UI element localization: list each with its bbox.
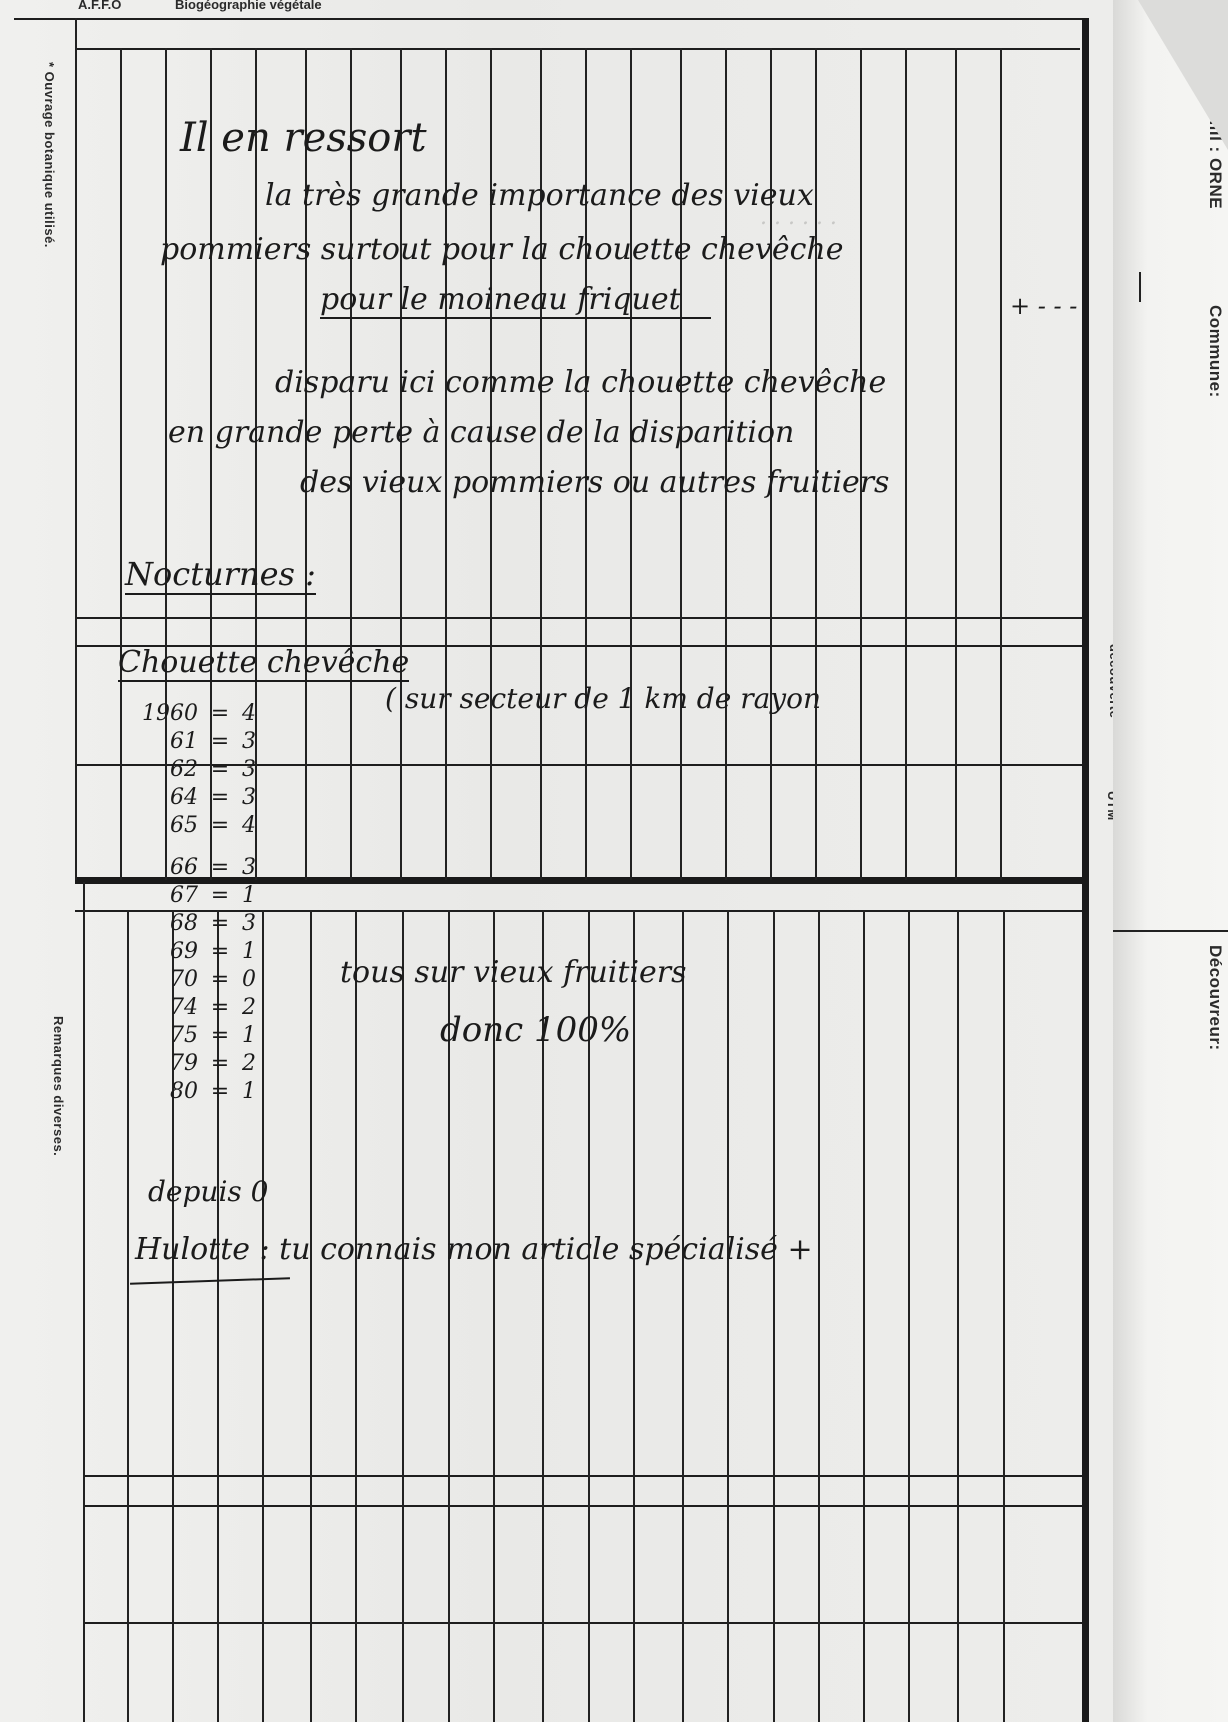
tally-year: 62 (140, 756, 198, 784)
grid-column-line (540, 48, 542, 880)
tally-note-2: donc 100% (440, 1010, 631, 1050)
tally-row: 62=3 (140, 756, 282, 784)
hulotte-underline (130, 1277, 290, 1285)
tally-row: 61=3 (140, 728, 282, 756)
grid-column-line (127, 910, 129, 1722)
grid-column-line (445, 48, 447, 880)
grid-column-line (955, 48, 957, 880)
tally-count: 4 (242, 700, 282, 728)
tally-year: 69 (140, 938, 198, 966)
tally-count: 1 (242, 1078, 282, 1106)
grid-column-line (120, 48, 122, 880)
note-line-1: Il en ressort (180, 115, 427, 161)
grid-column-line (770, 48, 772, 880)
grid-column-line (83, 882, 85, 1722)
note-line-4-mark: + - - - (1010, 292, 1077, 320)
grid-column-line (350, 48, 352, 880)
grid-column-line (957, 910, 959, 1722)
hulotte-note: Hulotte : tu connais mon article spécial… (135, 1232, 813, 1267)
tally-count: 2 (242, 994, 282, 1022)
curled-adjacent-page: ...ill : ORNE Commune: Découvreur: (1113, 0, 1228, 1722)
note-line-4: pour le moineau friquet (320, 282, 711, 319)
grid-line-lower-3 (83, 1622, 1088, 1624)
tally-row: 68=3 (140, 910, 282, 938)
tally-row: 74=2 (140, 994, 282, 1022)
grid-column-line (355, 910, 357, 1722)
tally-count: 0 (242, 966, 282, 994)
grid-column-line (633, 910, 635, 1722)
tally-equals: = (198, 812, 242, 840)
tally-row: 64=3 (140, 784, 282, 812)
grid-column-line (630, 48, 632, 880)
grid-column-line (310, 910, 312, 1722)
tally-year: 79 (140, 1050, 198, 1078)
tally-year: 74 (140, 994, 198, 1022)
tally-count: 3 (242, 728, 282, 756)
grid-column-line (905, 48, 907, 880)
field-separator-2 (1113, 930, 1228, 932)
grid-column-line (490, 48, 492, 880)
tally-year: 1960 (140, 700, 198, 728)
tally-count: 3 (242, 784, 282, 812)
grid-column-line (75, 18, 77, 880)
grid-column-line (305, 48, 307, 880)
tally-row: 1960=4 (140, 700, 282, 728)
grid-top-border (14, 18, 1082, 20)
tally-equals: = (198, 882, 242, 910)
grid-column-line (1000, 48, 1002, 880)
tally-row: 70=0 (140, 966, 282, 994)
tally-equals: = (198, 994, 242, 1022)
tally-count: 3 (242, 910, 282, 938)
tally-note-1: tous sur vieux fruitiers (340, 955, 687, 990)
tally-equals: = (198, 756, 242, 784)
org-label: A.F.F.O (78, 0, 121, 12)
tally-count: 3 (242, 854, 282, 882)
tally-row: 75=1 (140, 1022, 282, 1050)
tally-count: 1 (242, 882, 282, 910)
tally-count: 4 (242, 812, 282, 840)
tally-year: 68 (140, 910, 198, 938)
grid-column-line (682, 910, 684, 1722)
grid-line-upper-1 (75, 617, 1082, 619)
grid-column-line (773, 910, 775, 1722)
note-line-5: disparu ici comme la chouette chevêche (275, 365, 886, 400)
grid-column-line (815, 48, 817, 880)
tally-year: 65 (140, 812, 198, 840)
tally-count: 2 (242, 1050, 282, 1078)
tally-row: 80=1 (140, 1078, 282, 1106)
note-line-7: des vieux pommiers ou autres fruitiers (300, 465, 889, 500)
decouvreur-field: Découvreur: (1205, 945, 1225, 1051)
grid-column-line (1003, 910, 1005, 1722)
tally-equals: = (198, 728, 242, 756)
tally-row: 66=3 (140, 854, 282, 882)
grid-column-line (680, 48, 682, 880)
depuis-note: depuis 0 (148, 1175, 269, 1208)
species-chouette-cheveche: Chouette chevêche (118, 645, 409, 682)
grid-column-line (860, 48, 862, 880)
grid-column-line (725, 48, 727, 880)
heading-nocturnes: Nocturnes : (125, 555, 316, 595)
page-curl-corner (1138, 0, 1228, 150)
note-line-2: la très grande importance des vieux (265, 178, 814, 213)
tally-year: 75 (140, 1022, 198, 1050)
tally-count: 3 (242, 756, 282, 784)
grid-column-line (585, 48, 587, 880)
grid-column-line (727, 910, 729, 1722)
tally-count: 1 (242, 938, 282, 966)
form-title: Biogéographie végétale (175, 0, 322, 12)
note-line-6: en grande perte à cause de la disparitio… (168, 415, 794, 450)
tally-year: 70 (140, 966, 198, 994)
tally-equals: = (198, 966, 242, 994)
tally-row: 65=4 (140, 812, 282, 840)
ouvrage-botanique-label: * Ouvrage botanique utilisé. (42, 62, 57, 248)
grid-line-lower-2 (83, 1505, 1088, 1507)
tally-year: 80 (140, 1078, 198, 1106)
tally-row: 67=1 (140, 882, 282, 910)
tally-row: 79=2 (140, 1050, 282, 1078)
tally-equals: = (198, 938, 242, 966)
tally-year: 64 (140, 784, 198, 812)
grid-line-lower-1 (83, 1475, 1088, 1477)
tally-equals: = (198, 700, 242, 728)
tally-equals: = (198, 1078, 242, 1106)
species-note: ( sur secteur de 1 km de rayon (385, 682, 821, 715)
grid-header-line (75, 48, 1080, 50)
tally-equals: = (198, 784, 242, 812)
scanned-form-page: A.F.F.O Biogéographie végétale * Ouvrage… (0, 0, 1228, 1722)
commune-field: Commune: (1205, 305, 1225, 398)
tally-equals: = (198, 1050, 242, 1078)
tally-equals: = (198, 1022, 242, 1050)
grid-column-line (400, 48, 402, 880)
grid-column-line (908, 910, 910, 1722)
tally-count: 1 (242, 1022, 282, 1050)
tally-equals: = (198, 854, 242, 882)
tally-year: 66 (140, 854, 198, 882)
tally-year: 61 (140, 728, 198, 756)
grid-column-line (818, 910, 820, 1722)
remarques-diverses-label: Remarques diverses. (51, 1016, 66, 1156)
grid-column-line (863, 910, 865, 1722)
yearly-tally: 1960=461=362=364=365=466=367=168=369=170… (140, 700, 282, 1106)
tally-row: 69=1 (140, 938, 282, 966)
tally-year: 67 (140, 882, 198, 910)
field-separator (1139, 272, 1141, 302)
note-line-3: pommiers surtout pour la chouette chevêc… (160, 232, 843, 267)
grid-column-line (402, 910, 404, 1722)
grid-right-border (1082, 18, 1089, 1722)
tally-equals: = (198, 910, 242, 938)
